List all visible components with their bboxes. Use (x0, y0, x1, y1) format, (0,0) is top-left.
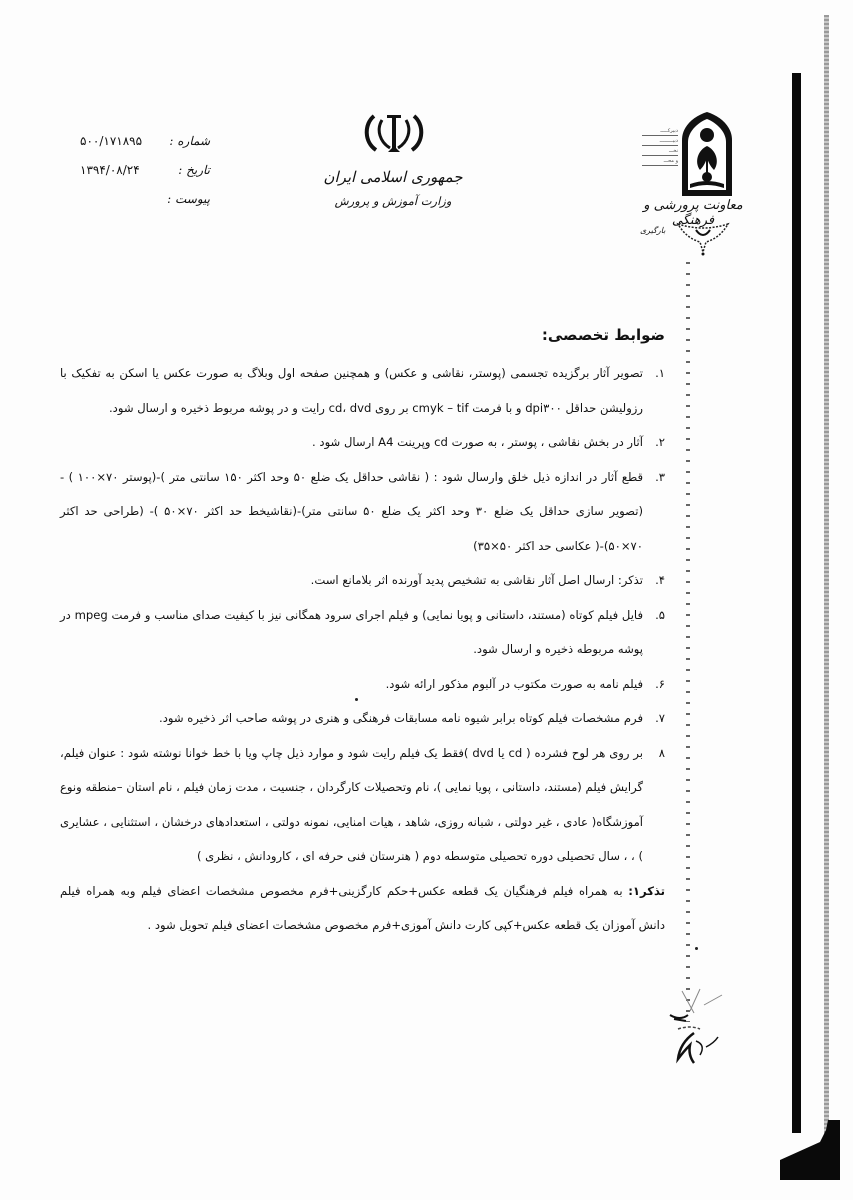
scan-speck (355, 698, 358, 701)
dotted-margin-line (686, 262, 690, 1022)
letter-meta: شماره : ۵۰۰/۱۷۱۸۹۵ تاریخ : ۱۳۹۴/۰۸/۲۴ پی… (80, 134, 210, 221)
document-body: ضوابط تخصصی: ۱. تصویر آثار برگزیده تجسمی… (60, 318, 665, 943)
logo-side-line: دبیرکـــــ (642, 126, 678, 136)
item-text: فیلم نامه به صورت مکتوب در آلبوم مذکور ا… (386, 677, 643, 691)
meta-attachment: پیوست : (80, 192, 210, 221)
section-title: ضوابط تخصصی: (60, 318, 665, 352)
item-number: ۵. (655, 598, 665, 633)
item-number: ۲. (655, 425, 665, 460)
item-text: فایل فیلم کوتاه (مستند، داستانی و پویا ن… (60, 608, 643, 657)
list-item: ۴. تذکر: ارسال اصل آثار نقاشی به تشخیص پ… (60, 563, 665, 598)
requirements-list: ۱. تصویر آثار برگزیده تجسمی (پوستر، نقاش… (60, 356, 665, 874)
meta-attachment-label: پیوست : (167, 192, 210, 206)
item-text: تصویر آثار برگزیده تجسمی (پوستر، نقاشی و… (60, 366, 643, 415)
list-item: ۵. فایل فیلم کوتاه (مستند، داستانی و پوی… (60, 598, 665, 667)
ministry-logo-icon (680, 110, 734, 196)
meta-date-value: ۱۳۹۴/۰۸/۲۴ (80, 163, 140, 177)
note-paragraph: تذکر۱: به همراه فیلم فرهنگیان یک قطعه عک… (60, 874, 665, 943)
item-text: تذکر: ارسال اصل آثار نقاشی به تشخیص پدید… (311, 573, 643, 587)
republic-name: جمهوری اسلامی ایران (318, 168, 468, 186)
handwritten-signature-icon (660, 985, 730, 1065)
logo-side-line: نخـــ (642, 146, 678, 156)
floral-ornament-icon (676, 222, 730, 256)
item-text: فرم مشخصات فیلم کوتاه برابر شیوه نامه مس… (159, 711, 643, 725)
item-text: آثار در بخش نقاشی ، پوستر ، به صورت cd و… (312, 435, 643, 449)
meta-date: تاریخ : ۱۳۹۴/۰۸/۲۴ (80, 163, 210, 192)
scan-edge-black-border (792, 73, 801, 1133)
item-number: ۶. (655, 667, 665, 702)
scan-speck (695, 947, 698, 950)
registry-note: بارگیری (640, 226, 665, 235)
meta-number: شماره : ۵۰۰/۱۷۱۸۹۵ (80, 134, 210, 163)
list-item: ۷. فرم مشخصات فیلم کوتاه برابر شیوه نامه… (60, 701, 665, 736)
meta-date-label: تاریخ : (178, 163, 210, 177)
note-label: تذکر۱: (628, 884, 665, 898)
meta-number-label: شماره : (169, 134, 210, 148)
list-item: ۶. فیلم نامه به صورت مکتوب در آلبوم مذکو… (60, 667, 665, 702)
ministry-name: وزارت آموزش و پرورش (318, 194, 468, 208)
scan-edge-grey-strip (824, 15, 829, 1150)
list-item: ۲. آثار در بخش نقاشی ، پوستر ، به صورت c… (60, 425, 665, 460)
list-item: ۱. تصویر آثار برگزیده تجسمی (پوستر، نقاش… (60, 356, 665, 425)
item-number: ۴. (655, 563, 665, 598)
logo-side-line: و محـــ (642, 156, 678, 166)
list-item: ۸ بر روی هر لوح فشرده ( cd یا dvd )فقط ی… (60, 736, 665, 874)
item-number: ۱. (655, 356, 665, 391)
item-number: ۸ (659, 736, 665, 771)
item-text: قطع آثار در اندازه ذیل خلق وارسال شود : … (60, 470, 643, 553)
note-text: به همراه فیلم فرهنگیان یک قطعه عکس+حکم ک… (60, 884, 665, 933)
meta-number-value: ۵۰۰/۱۷۱۸۹۵ (80, 134, 142, 148)
item-text: بر روی هر لوح فشرده ( cd یا dvd )فقط یک … (60, 746, 643, 864)
scan-corner-shadow-icon (780, 1120, 840, 1180)
list-item: ۳. قطع آثار در اندازه ذیل خلق وارسال شود… (60, 460, 665, 564)
logo-side-line: دبیـــــــــ (642, 136, 678, 146)
item-number: ۷. (655, 701, 665, 736)
iran-emblem-icon (360, 112, 428, 156)
item-number: ۳. (655, 460, 665, 495)
letterhead-center: جمهوری اسلامی ایران وزارت آموزش و پرورش (318, 168, 468, 208)
logo-side-lines: دبیرکـــــ دبیـــــــــ نخـــ و محـــ (642, 126, 678, 166)
scanned-letter-page: شماره : ۵۰۰/۱۷۱۸۹۵ تاریخ : ۱۳۹۴/۰۸/۲۴ پی… (0, 0, 853, 1200)
